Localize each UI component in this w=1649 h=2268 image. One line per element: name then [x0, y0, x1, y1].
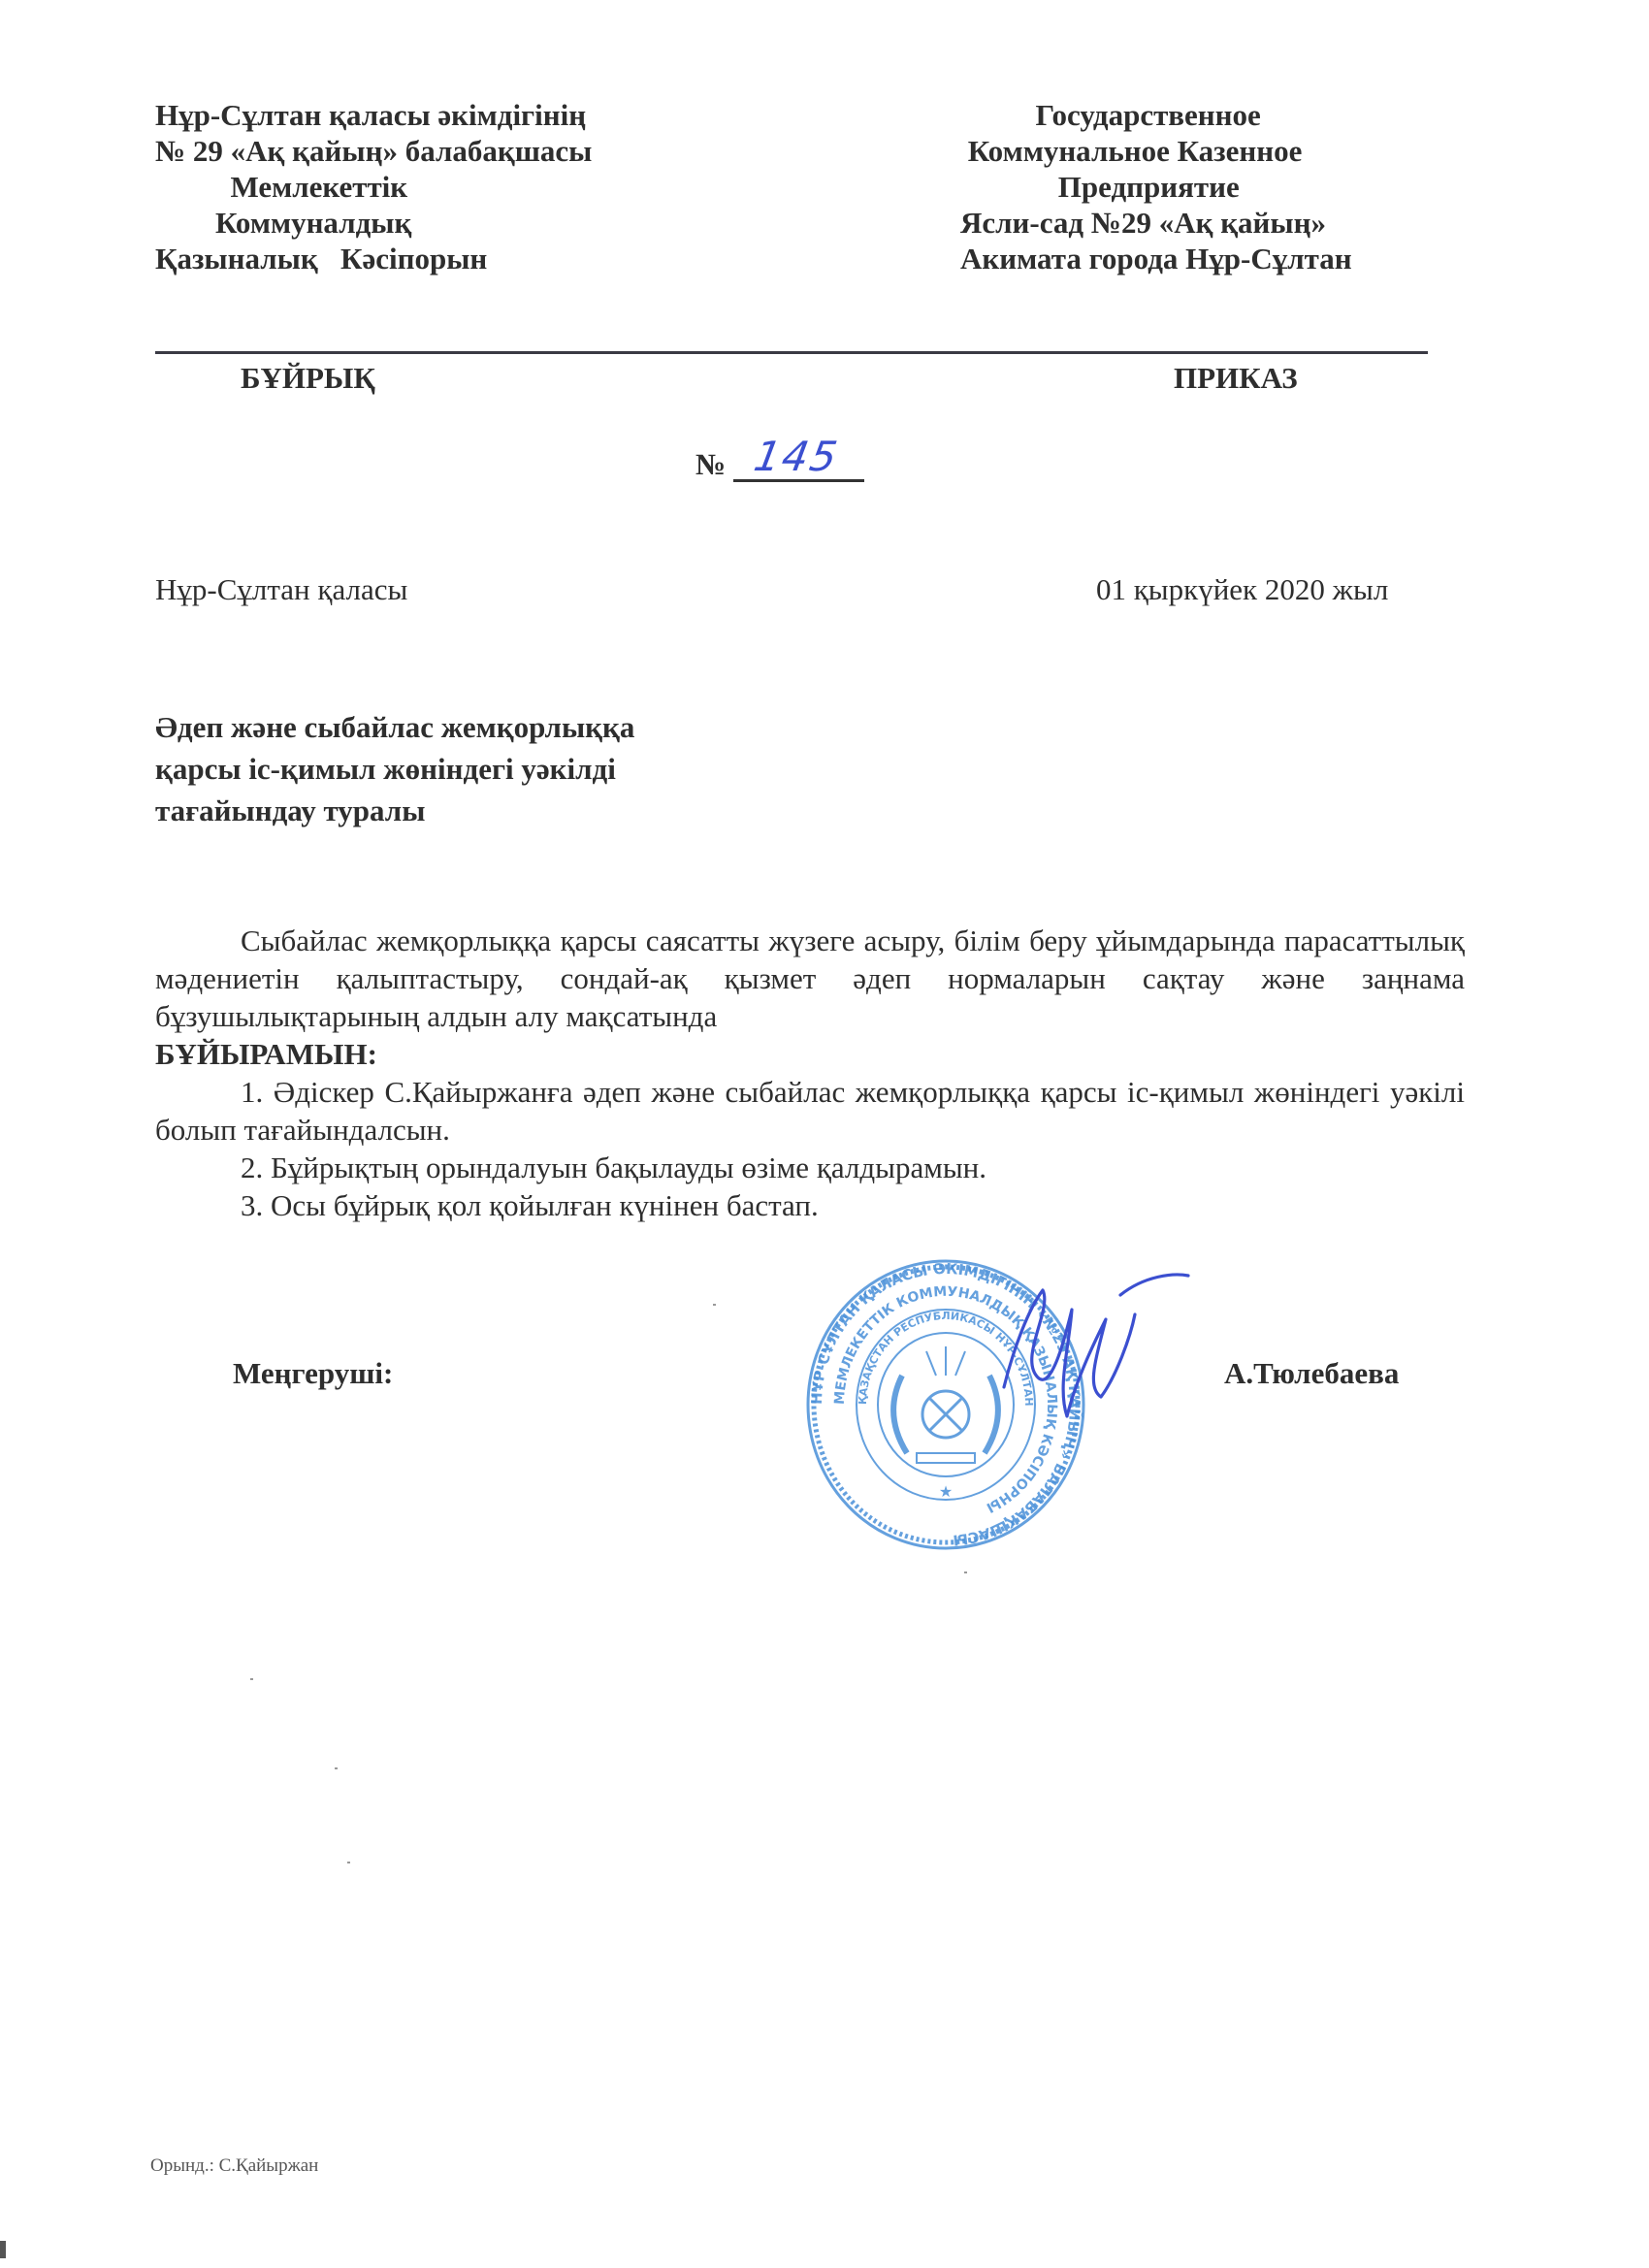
signer-name: А.Тюлебаева: [1224, 1356, 1399, 1391]
scan-speck: [964, 1571, 967, 1573]
title-line: тағайындау туралы: [155, 790, 634, 831]
document-title: Әдеп және сыбайлас жемқорлыққа қарсы іс-…: [155, 706, 634, 831]
document-body: Сыбайлас жемқорлыққа қарсы саясатты жүзе…: [155, 922, 1465, 1224]
preamble: Сыбайлас жемқорлыққа қарсы саясатты жүзе…: [155, 922, 1465, 1035]
svg-text:★: ★: [939, 1482, 953, 1501]
header-russian-line: Государственное: [960, 97, 1503, 133]
scan-speck: [347, 1862, 350, 1863]
date: 01 қыркүйек 2020 жыл: [1096, 572, 1388, 607]
header-kazakh-line: Нұр-Сұлтан қаласы әкімдігінің: [155, 97, 776, 133]
order-item: 1. Әдіскер С.Қайыржанға әдеп және сыбайл…: [155, 1073, 1465, 1149]
executor-note: Орынд.: С.Қайыржан: [150, 2155, 318, 2177]
order-item: 2. Бұйрықтың орындалуын бақылауды өзіме …: [155, 1149, 1465, 1186]
title-line: қарсы іс-қимыл жөніндегі уәкілді: [155, 748, 634, 790]
header-kazakh-line: Коммуналдық: [155, 205, 776, 241]
order-number-label: №: [695, 447, 726, 481]
order-number-field: 145: [733, 446, 864, 482]
handwritten-signature-icon: [960, 1271, 1193, 1445]
title-line: Әдеп және сыбайлас жемқорлыққа: [155, 706, 634, 748]
signer-role: Меңгеруші:: [233, 1356, 393, 1391]
header-kazakh-line: № 29 «Ақ қайың» балабақшасы: [155, 133, 776, 169]
header-russian-line: Акимата города Нұр-Сұлтан: [960, 241, 1503, 276]
header-divider: [155, 351, 1428, 354]
order-item: 3. Осы бұйрық қол қойылған күнінен баста…: [155, 1186, 1465, 1224]
header-kazakh-line: Мемлекеттік: [155, 169, 776, 205]
header-kazakh: Нұр-Сұлтан қаласы әкімдігінің № 29 «Ақ қ…: [155, 97, 776, 276]
header-russian: Государственное Коммунальное Казенное Пр…: [960, 97, 1503, 276]
document-type-kazakh: БҰЙРЫҚ: [241, 361, 375, 396]
place: Нұр-Сұлтан қаласы: [155, 572, 407, 607]
order-number-handwritten: 145: [751, 433, 843, 480]
scan-edge-mark: [0, 2241, 6, 2258]
header-russian-line: Ясли-сад №29 «Ақ қайың»: [960, 205, 1503, 241]
document-type-russian: ПРИКАЗ: [1174, 361, 1298, 396]
command: БҰЙЫРАМЫН:: [155, 1035, 1465, 1073]
order-number: №145: [695, 446, 864, 482]
header-russian-line: Предприятие: [960, 169, 1503, 205]
header-kazakh-line: Қазыналық Кәсіпорын: [155, 241, 776, 276]
header-russian-line: Коммунальное Казенное: [960, 133, 1503, 169]
scan-speck: [713, 1304, 716, 1306]
scan-speck: [335, 1767, 338, 1769]
scan-speck: [250, 1678, 253, 1680]
